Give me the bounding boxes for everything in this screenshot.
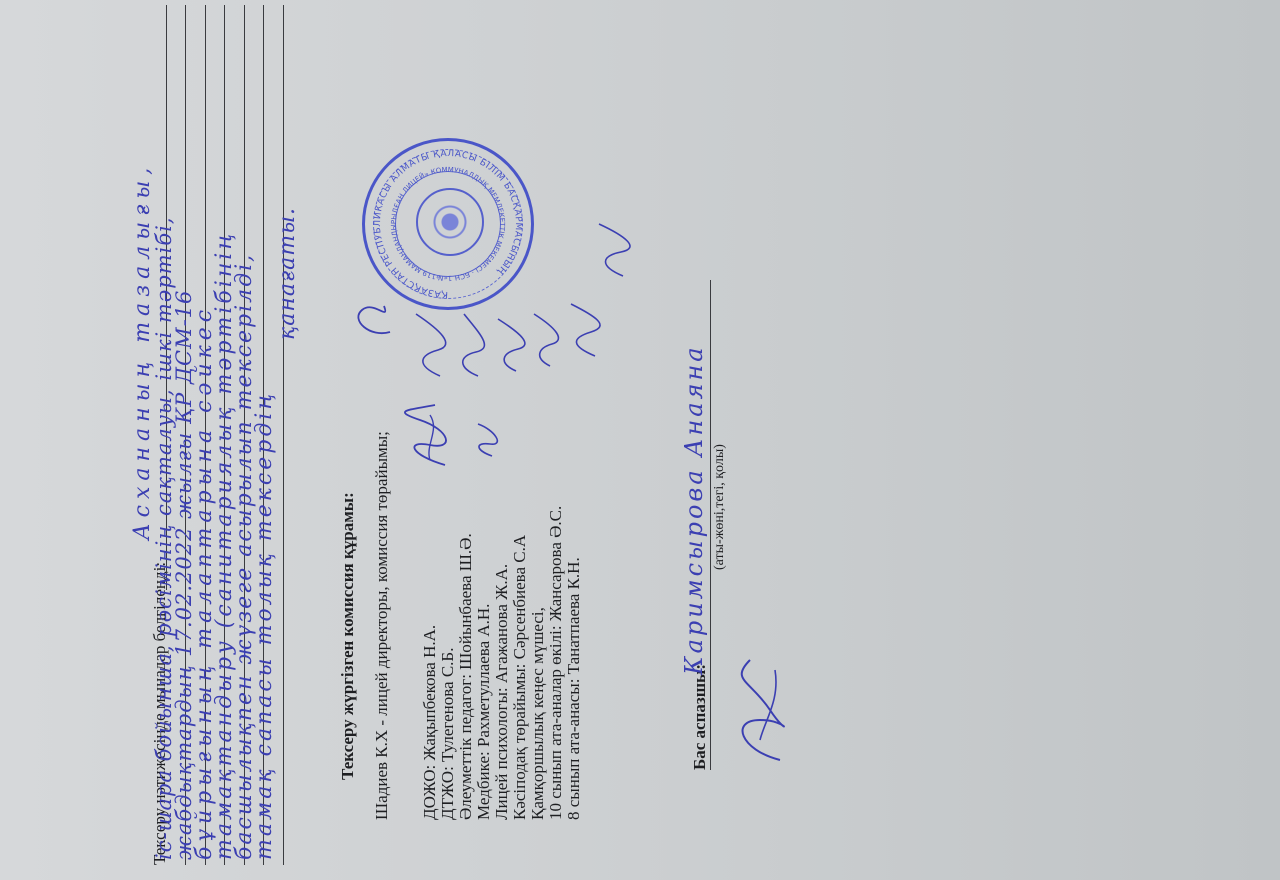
- signature-tulegenova: [410, 310, 450, 380]
- member-9: 8 сынып ата-анасы: Танатпаева К.Н.: [564, 557, 584, 820]
- cook-caption: (аты-жөні,тегі, қолы): [712, 444, 728, 570]
- signature-agazhanova: [492, 315, 532, 375]
- member-1: ДОЖО: Жақыпбекова Н.А.: [420, 625, 440, 820]
- official-stamp: ҚАЗАҚСТАН РЕСПУБЛИКАСЫ АЛМАТЫ ҚАЛАСЫ БІЛ…: [362, 138, 534, 310]
- signature-rakhmetullaeva: [450, 310, 490, 380]
- handwritten-finding-7: тамақ сапасы толық тексердің: [252, 391, 277, 860]
- member-6: Кәсіподақ төрайымы: Сәрсенбиева С.А: [510, 535, 530, 820]
- member-8: 10 сынып ата-аналар өкілі: Жансарова Ә.С…: [546, 506, 566, 820]
- member-5: Лицей психологы: Агажанова Ж.А.: [492, 564, 512, 820]
- commission-chair: Шадиев К.Х - лицей директоры, комиссия т…: [372, 431, 392, 820]
- cook-signature-line: [710, 280, 711, 770]
- findings-line-7: [283, 5, 284, 865]
- document-page: Тексеру нәтижесінде мынадар белгіленді: …: [0, 0, 1280, 880]
- cook-handwritten-name: Каримсырова Анаяна: [680, 344, 708, 675]
- signature-shoiynbaeva: [470, 420, 500, 460]
- member-3: Әлеуметтік педагог: Шойынбаева Ш.Ә.: [456, 533, 476, 820]
- handwritten-finding-tail: қанағаты.: [275, 207, 300, 340]
- state-emblem-icon: [416, 188, 484, 256]
- member-7: Қамқоршылық кеңес мүшесі,: [528, 607, 548, 820]
- commission-heading: Тексеру жүргізген комиссия құрамы:: [338, 492, 358, 780]
- signature-zhansarova: [565, 300, 605, 360]
- signature-tanatpaeva: [595, 220, 635, 280]
- member-4: Медбике: Рахметуллаева А.Н.: [474, 604, 494, 820]
- signature-zhakypbekova: [400, 400, 460, 470]
- cook-label: Бас аспазшы:: [690, 664, 710, 770]
- signature-head-cook: [720, 650, 800, 770]
- signature-sarsenbieva: [530, 310, 566, 370]
- member-2: ДТЖО: Тулегенова С.Б.: [438, 648, 458, 820]
